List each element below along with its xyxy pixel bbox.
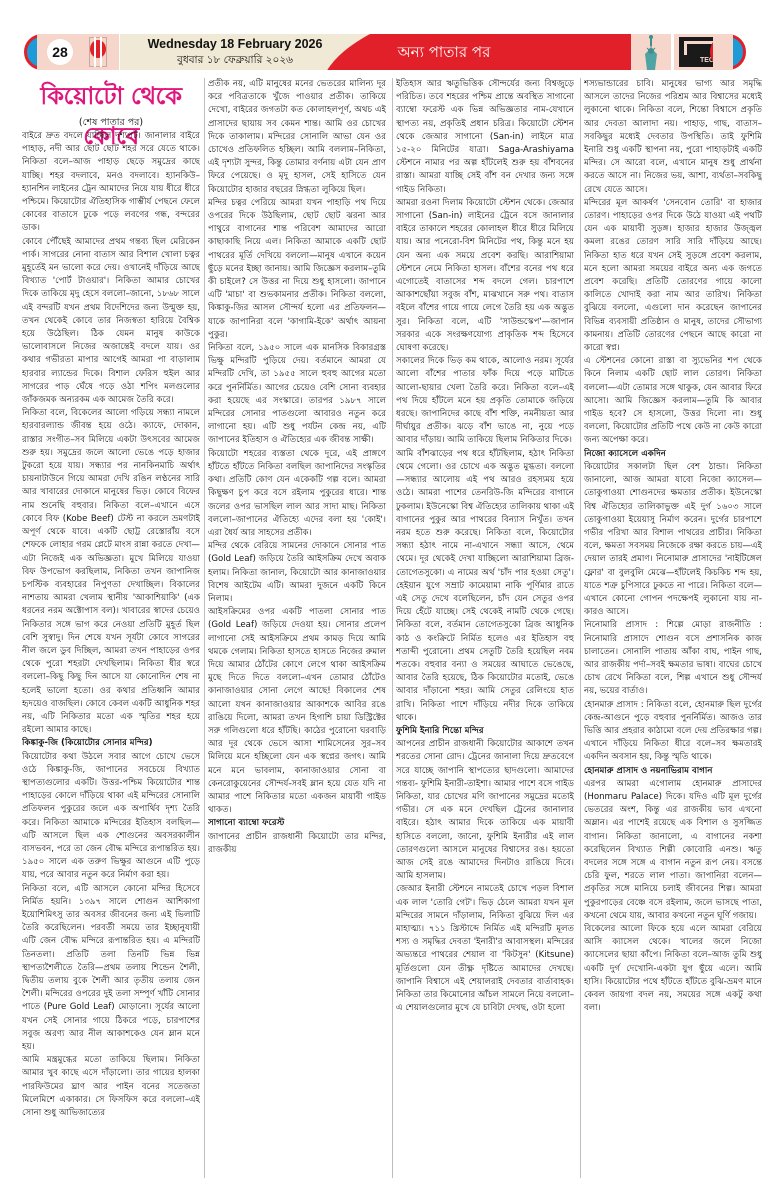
continued-from-label: (শেষ পাতার পর) (22, 116, 200, 131)
article-paragraph: বাইরে দ্রুত বদলে যাচ্ছিল দৃশ্যপট। জানালা… (22, 130, 200, 236)
article-subheading: নিজো ক্যাসেলে একদিন (584, 448, 762, 461)
article-subheading: ফুশিমি ইনারি শিন্তো মন্দির (396, 725, 574, 738)
article-paragraph: নিকিতা বলে, ১৯৫০ সালে এক মানসিক বিকারগ্র… (208, 342, 386, 448)
column-divider (204, 78, 205, 1178)
article-paragraph: আমরা রওনা দিলাম কিয়োটো স্টেশন থেকে। জেআ… (396, 197, 574, 355)
article-paragraph: আপনের প্রাচীন রাজধানী কিয়োটোর আকাশে তখন… (396, 738, 574, 883)
article-paragraph: কিয়োটোর কথা উঠলে সবার আগে চোখে ভেসে ওঠে… (22, 751, 200, 883)
page-number-block: 28 (37, 34, 119, 70)
article-paragraph: আইসক্রিমের ওপর একটি পাতলা সোনার পাত (Gol… (208, 606, 386, 817)
page-number: 28 (47, 39, 73, 65)
header-right-cap (726, 34, 746, 70)
page-header: 28 Wednesday 18 February 2026 বুধবার ১৮ … (24, 34, 746, 70)
article-paragraph: সকালের দিকে ভিড় কম থাকে, আলোও নরম। সূর্… (396, 355, 574, 447)
article-paragraph: জাপানের প্রাচীন রাজধানী কিয়োটো তার মন্দ… (208, 831, 386, 857)
article-paragraph: কিয়োটোর সকালটা ছিল বেশ ঠান্ডা। নিকিতা জ… (584, 461, 762, 619)
article-paragraph: মন্দির চত্বর পেরিয়ে আমরা যখন পাহাড়ি পথ… (208, 197, 386, 342)
article-paragraph: কোবে পৌঁছেই আমাদের প্রথম গন্তব্য ছিল মের… (22, 236, 200, 408)
article-paragraph: বিকেলের আলো ফিকে হয়ে এলে আমরা বেরিয়ে আ… (584, 923, 762, 1015)
article-paragraph: আমি মন্ত্রমুগ্ধের মতো তাকিয়ে ছিলাম। নিক… (22, 1054, 200, 1120)
article-paragraph: নিকিতা বলে, বিকেলের আলো গড়িয়ে সন্ধ্যা … (22, 407, 200, 737)
article-paragraph: ইতিহাস আর ঋতুভিত্তিক সৌন্দর্যের জন্য বিশ… (396, 78, 574, 197)
article-paragraph: নিকিতা বলে, এটি আসলে কোনো মন্দির হিসেবে … (22, 883, 200, 1055)
article-subheading: কিঙ্কাকু-জি (কিয়োটোর সোনার মন্দির) (22, 737, 200, 750)
article: কিয়োটো থেকে কোবে (শেষ পাতার পর) বাইরে দ… (18, 78, 756, 1178)
article-paragraph: প্রতীক নয়, এটি মানুষের মনের ভেতরের মালি… (208, 78, 386, 197)
cricket-wicket-icon (89, 37, 107, 67)
article-paragraph: শস্যভান্ডারের চাবি। মানুষের ভাগ্য আর সমৃ… (584, 78, 762, 197)
article-paragraph: মন্দির থেকে বেরিয়ে সামনের দোকানে সোনার … (208, 540, 386, 606)
article-paragraph: জেআর ইনারী স্টেশনে নামতেই চোখে পড়ল বিশা… (396, 883, 574, 1015)
article-column-3: ইতিহাস আর ঋতুভিত্তিক সৌন্দর্যের জন্য বিশ… (396, 78, 574, 1178)
article-paragraph: মন্দিরের মূল আকর্ষণ 'সেনবোন তোরি' বা হাজ… (584, 197, 762, 355)
article-subheading: হোনমারু প্রাসাদ ও নয়নাভিরাম বাগান (584, 765, 762, 778)
article-column-1: বাইরে দ্রুত বদলে যাচ্ছিল দৃশ্যপট। জানালা… (22, 130, 200, 1180)
column-divider (580, 78, 581, 1178)
column-divider (392, 78, 393, 1178)
article-paragraph: হোনমারু প্রাসাদ : নিকিতা বলে, হোনমারু ছি… (584, 699, 762, 765)
section-title: অন্য পাতার পর (274, 34, 614, 70)
article-paragraph: এরপর আমরা এগোলাম হোনমারু প্রাসাদের (Honm… (584, 778, 762, 923)
article-paragraph: কিয়োটো শহরের ব্যস্ততা থেকে দূরে, এই প্র… (208, 448, 386, 540)
article-paragraph: আমি বাঁশঝাড়ের পথ ধরে হাঁটছিলাম, হঠাৎ নি… (396, 448, 574, 725)
article-subheading: সাগানো ব্যাম্বো ফরেস্ট (208, 817, 386, 830)
article-paragraph: এ স্টেশনের কোনো রাস্তা বা স্যুভেনির শপ থ… (584, 355, 762, 447)
article-column-4: শস্যভান্ডারের চাবি। মানুষের ভাগ্য আর সমৃ… (584, 78, 762, 1178)
article-paragraph: নিনোমারি প্রাসাদ : শিল্পে মোড়া রাজনীতি … (584, 619, 762, 698)
article-column-2: প্রতীক নয়, এটি মানুষের মনের ভেতরের মালি… (208, 78, 386, 1178)
statue-of-liberty-icon (631, 34, 671, 70)
